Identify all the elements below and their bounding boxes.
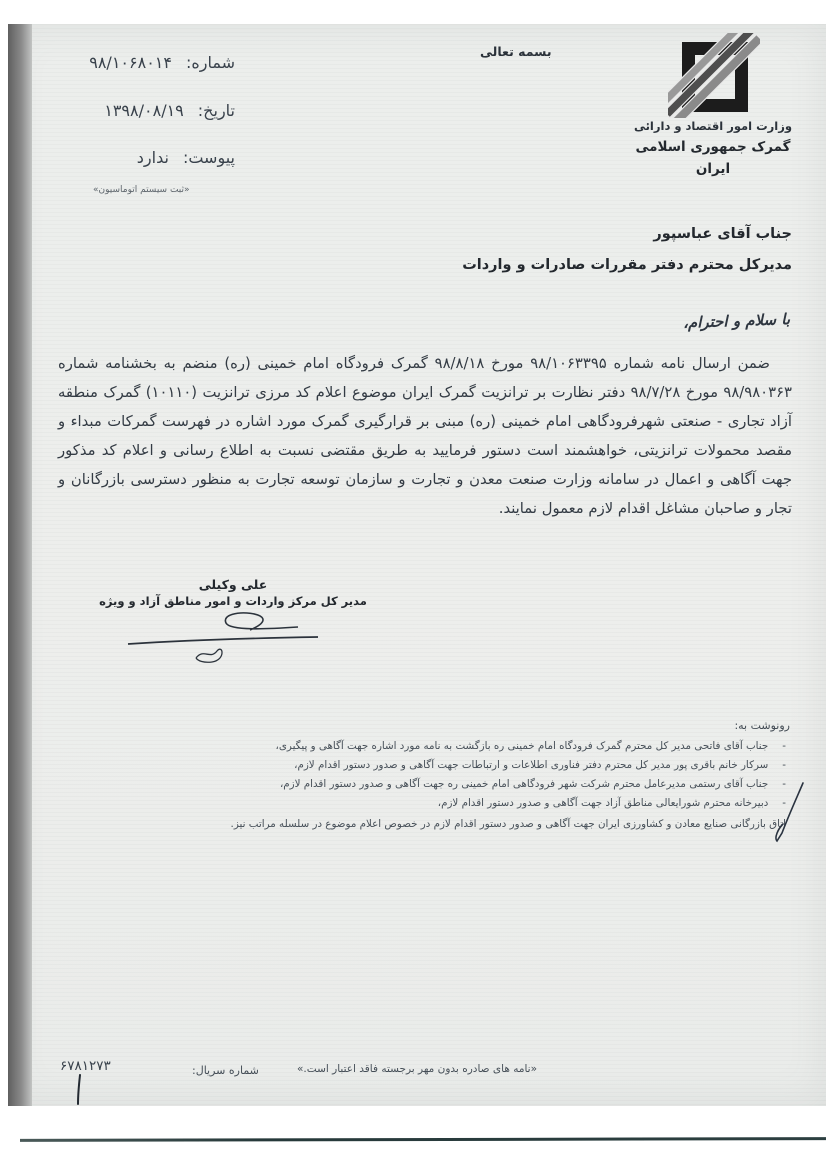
cc-item: جناب آقای فاتحی مدیر کل محترم گمرک فرودگ…	[66, 737, 786, 756]
serial-number-value: ۶۷۸۱۲۷۳	[60, 1058, 111, 1074]
letter-date-row: تاریخ:۱۳۹۸/۰۸/۱۹	[104, 101, 235, 120]
attachment-value: ندارد	[137, 148, 169, 167]
signature-scribble-icon	[100, 610, 350, 668]
cc-item: جناب آقای رستمی مدیرعامل محترم شرکت شهر …	[66, 775, 786, 794]
salutation-handwriting: با سلام و احترام،	[683, 310, 791, 332]
cc-item: سرکار خانم باقری پور مدیر کل محترم دفتر …	[66, 756, 786, 775]
scan-edge-shadow	[8, 24, 32, 1106]
attachment-label: پیوست:	[183, 148, 235, 167]
customs-logo-icon	[668, 33, 760, 118]
attachment-row: پیوست:ندارد	[137, 148, 235, 167]
recipient-title: مدیرکل محترم دفتر مقررات صادرات و واردات	[462, 250, 792, 281]
footer-validity-notice: «نامه های صادره بدون مهر برجسته فاقد اعت…	[297, 1063, 537, 1075]
organization-name: گمرک جمهوری اسلامی ایران	[626, 136, 800, 180]
ministry-name: وزارت امور اقتصاد و دارائی	[626, 116, 800, 136]
letter-number-row: شماره:۹۸/۱۰۶۸۰۱۴	[89, 53, 235, 72]
date-label: تاریخ:	[198, 101, 235, 120]
letter-body: ضمن ارسال نامه شماره ۹۸/۱۰۶۳۳۹۵ مورخ ۹۸/…	[58, 349, 792, 523]
signature-block: علی وکیلی مدیر کل مرکز واردات و امور منا…	[88, 577, 378, 609]
scan-bottom-edge	[20, 1137, 826, 1142]
letterhead: وزارت امور اقتصاد و دارائی گمرک جمهوری ا…	[626, 116, 800, 180]
automation-note: «ثبت سیستم اتوماسیون»	[93, 185, 190, 195]
bismillah-text: بسمه تعالی	[480, 44, 552, 59]
number-label: شماره:	[186, 53, 235, 72]
serial-number-label: شماره سریال:	[192, 1064, 259, 1077]
signatory-title: مدیر کل مرکز واردات و امور مناطق آزاد و …	[88, 593, 378, 609]
scanned-letter-page: { "page": { "bismillah": "بسمه تعالی" },…	[0, 0, 826, 1169]
cc-item: اتاق بازرگانی صنایع معادن و کشاورزی ایرا…	[66, 815, 786, 834]
recipient-block: جناب آقای عباسپور مدیرکل محترم دفتر مقرر…	[462, 219, 792, 281]
signatory-name: علی وکیلی	[88, 577, 378, 593]
cc-item: دبیرخانه محترم شورایعالی مناطق آزاد جهت …	[66, 794, 786, 813]
checkmark-annotation-icon	[770, 781, 806, 845]
cc-heading: رونوشت به:	[734, 719, 790, 732]
handwritten-page-number	[72, 1074, 86, 1106]
recipient-name: جناب آقای عباسپور	[462, 219, 792, 250]
date-value: ۱۳۹۸/۰۸/۱۹	[104, 101, 184, 120]
cc-list: جناب آقای فاتحی مدیر کل محترم گمرک فرودگ…	[66, 737, 786, 834]
number-value: ۹۸/۱۰۶۸۰۱۴	[89, 53, 172, 72]
